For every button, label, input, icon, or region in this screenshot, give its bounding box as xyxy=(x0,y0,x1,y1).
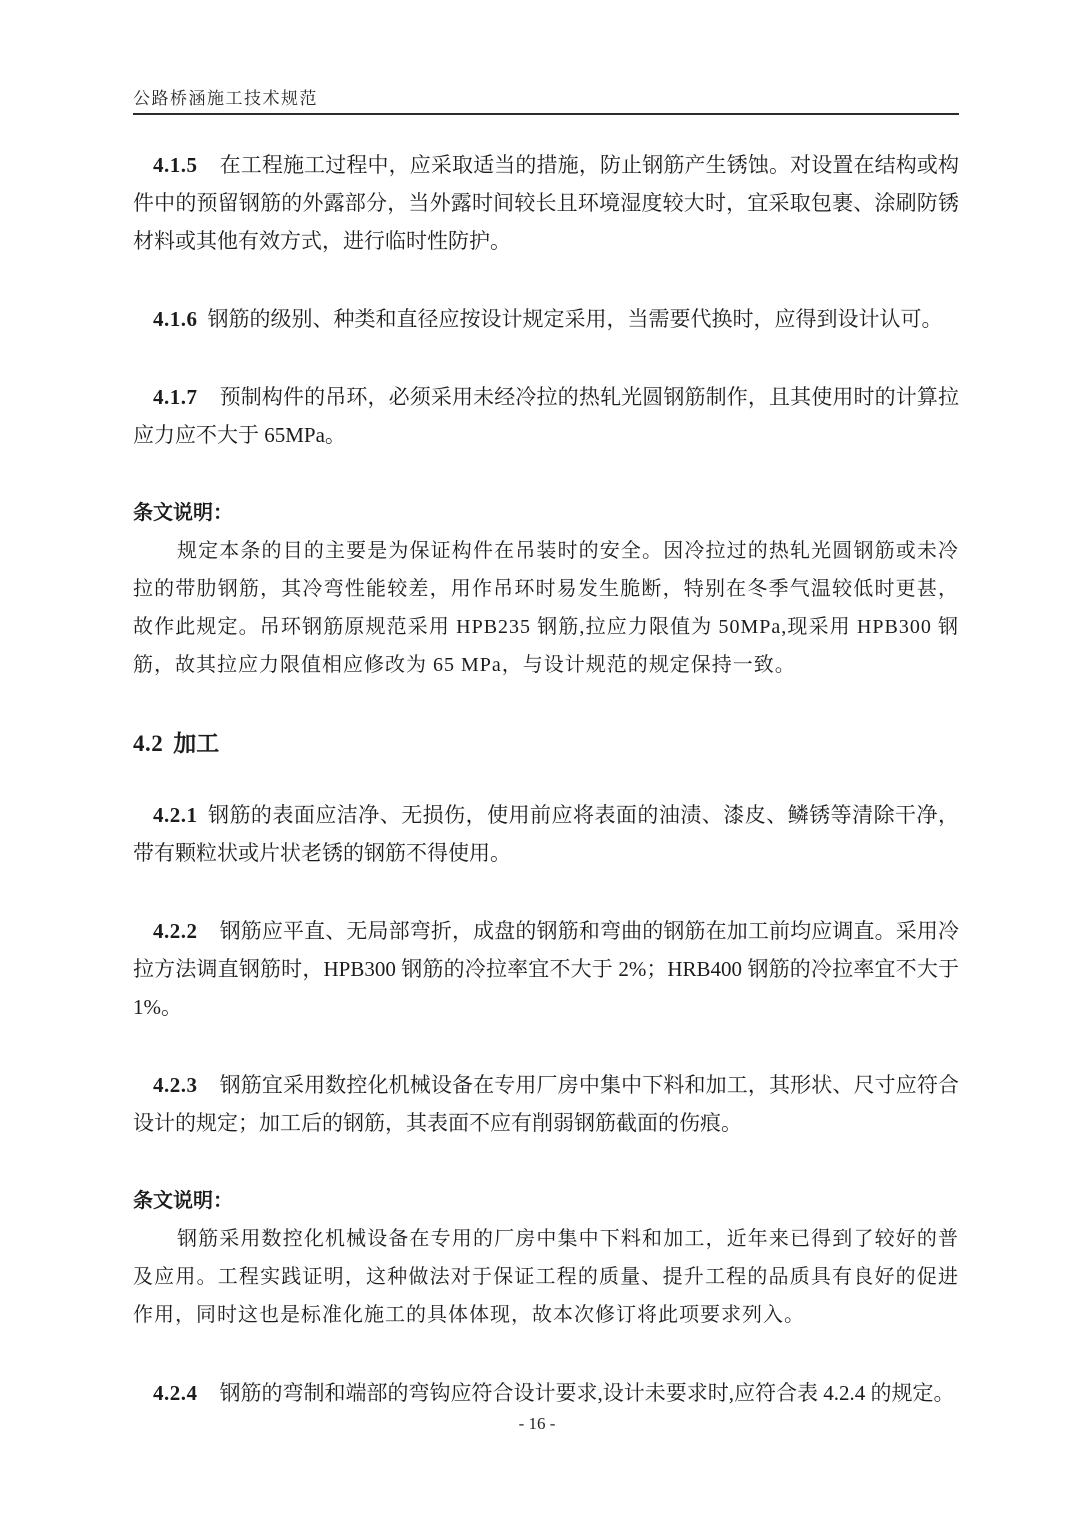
clause-number: 4.2.1 xyxy=(153,803,198,827)
page-content: 4.1.5在工程施工过程中，应采取适当的措施，防止钢筋产生锈蚀。对设置在结构或构… xyxy=(133,146,959,1452)
clause-4-1-7: 4.1.7预制构件的吊环，必须采用未经冷拉的热轧光圆钢筋制作，且其使用时的计算拉… xyxy=(133,378,959,454)
section-heading-4-2: 4.2加工 xyxy=(133,724,959,764)
clause-4-1-6: 4.1.6钢筋的级别、种类和直径应按设计规定采用，当需要代换时，应得到设计认可。 xyxy=(133,300,959,338)
clause-number: 4.2.4 xyxy=(153,1381,198,1405)
clause-text: 钢筋应平直、无局部弯折，成盘的钢筋和弯曲的钢筋在加工前均应调直。采用冷拉方法调直… xyxy=(133,919,959,1019)
commentary-label: 条文说明： xyxy=(133,494,959,532)
commentary-label-text: 条文说明： xyxy=(133,502,233,524)
page-header: 公路桥涵施工技术规范 xyxy=(133,84,959,115)
clause-4-2-4: 4.2.4钢筋的弯制和端部的弯钩应符合设计要求,设计未要求时,应符合表 4.2.… xyxy=(133,1374,959,1412)
page-number: - 16 - xyxy=(519,1414,556,1433)
document-page: 公路桥涵施工技术规范 4.1.5在工程施工过程中，应采取适当的措施，防止钢筋产生… xyxy=(0,0,1074,1520)
clause-number: 4.1.7 xyxy=(153,385,198,409)
clause-4-2-1: 4.2.1钢筋的表面应洁净、无损伤，使用前应将表面的油渍、漆皮、鳞锈等清除干净，… xyxy=(133,796,959,872)
section-number: 4.2 xyxy=(133,731,163,756)
commentary-label-text: 条文说明： xyxy=(133,1190,233,1212)
clause-number: 4.1.6 xyxy=(153,307,198,331)
clause-text: 钢筋的级别、种类和直径应按设计规定采用，当需要代换时，应得到设计认可。 xyxy=(208,307,943,331)
commentary-note-4-2-3: 钢筋采用数控化机械设备在专用的厂房中集中下料和加工，近年来已得到了较好的普及应用… xyxy=(133,1220,959,1334)
page-footer: - 16 - xyxy=(0,1414,1074,1434)
commentary-label: 条文说明： xyxy=(133,1182,959,1220)
clause-number: 4.2.2 xyxy=(153,919,198,943)
clause-text: 钢筋的弯制和端部的弯钩应符合设计要求,设计未要求时,应符合表 4.2.4 的规定… xyxy=(220,1381,955,1405)
clause-4-2-3: 4.2.3钢筋宜采用数控化机械设备在专用厂房中集中下料和加工，其形状、尺寸应符合… xyxy=(133,1066,959,1142)
section-title: 加工 xyxy=(173,731,219,756)
clause-number: 4.2.3 xyxy=(153,1073,198,1097)
clause-text: 在工程施工过程中，应采取适当的措施，防止钢筋产生锈蚀。对设置在结构或构件中的预留… xyxy=(133,153,959,253)
clause-text: 预制构件的吊环，必须采用未经冷拉的热轧光圆钢筋制作，且其使用时的计算拉应力应不大… xyxy=(133,385,959,447)
clause-4-2-2: 4.2.2钢筋应平直、无局部弯折，成盘的钢筋和弯曲的钢筋在加工前均应调直。采用冷… xyxy=(133,912,959,1026)
clause-text: 钢筋的表面应洁净、无损伤，使用前应将表面的油渍、漆皮、鳞锈等清除干净，带有颗粒状… xyxy=(133,803,959,865)
commentary-note-4-1-7: 规定本条的目的主要是为保证构件在吊装时的安全。因冷拉过的热轧光圆钢筋或未冷拉的带… xyxy=(133,532,959,684)
clause-number: 4.1.5 xyxy=(153,153,198,177)
running-header-title: 公路桥涵施工技术规范 xyxy=(133,84,959,109)
commentary-text: 钢筋采用数控化机械设备在专用的厂房中集中下料和加工，近年来已得到了较好的普及应用… xyxy=(133,1228,959,1326)
clause-text: 钢筋宜采用数控化机械设备在专用厂房中集中下料和加工，其形状、尺寸应符合设计的规定… xyxy=(133,1073,959,1135)
commentary-text: 规定本条的目的主要是为保证构件在吊装时的安全。因冷拉过的热轧光圆钢筋或未冷拉的带… xyxy=(133,540,959,676)
clause-4-1-5: 4.1.5在工程施工过程中，应采取适当的措施，防止钢筋产生锈蚀。对设置在结构或构… xyxy=(133,146,959,260)
